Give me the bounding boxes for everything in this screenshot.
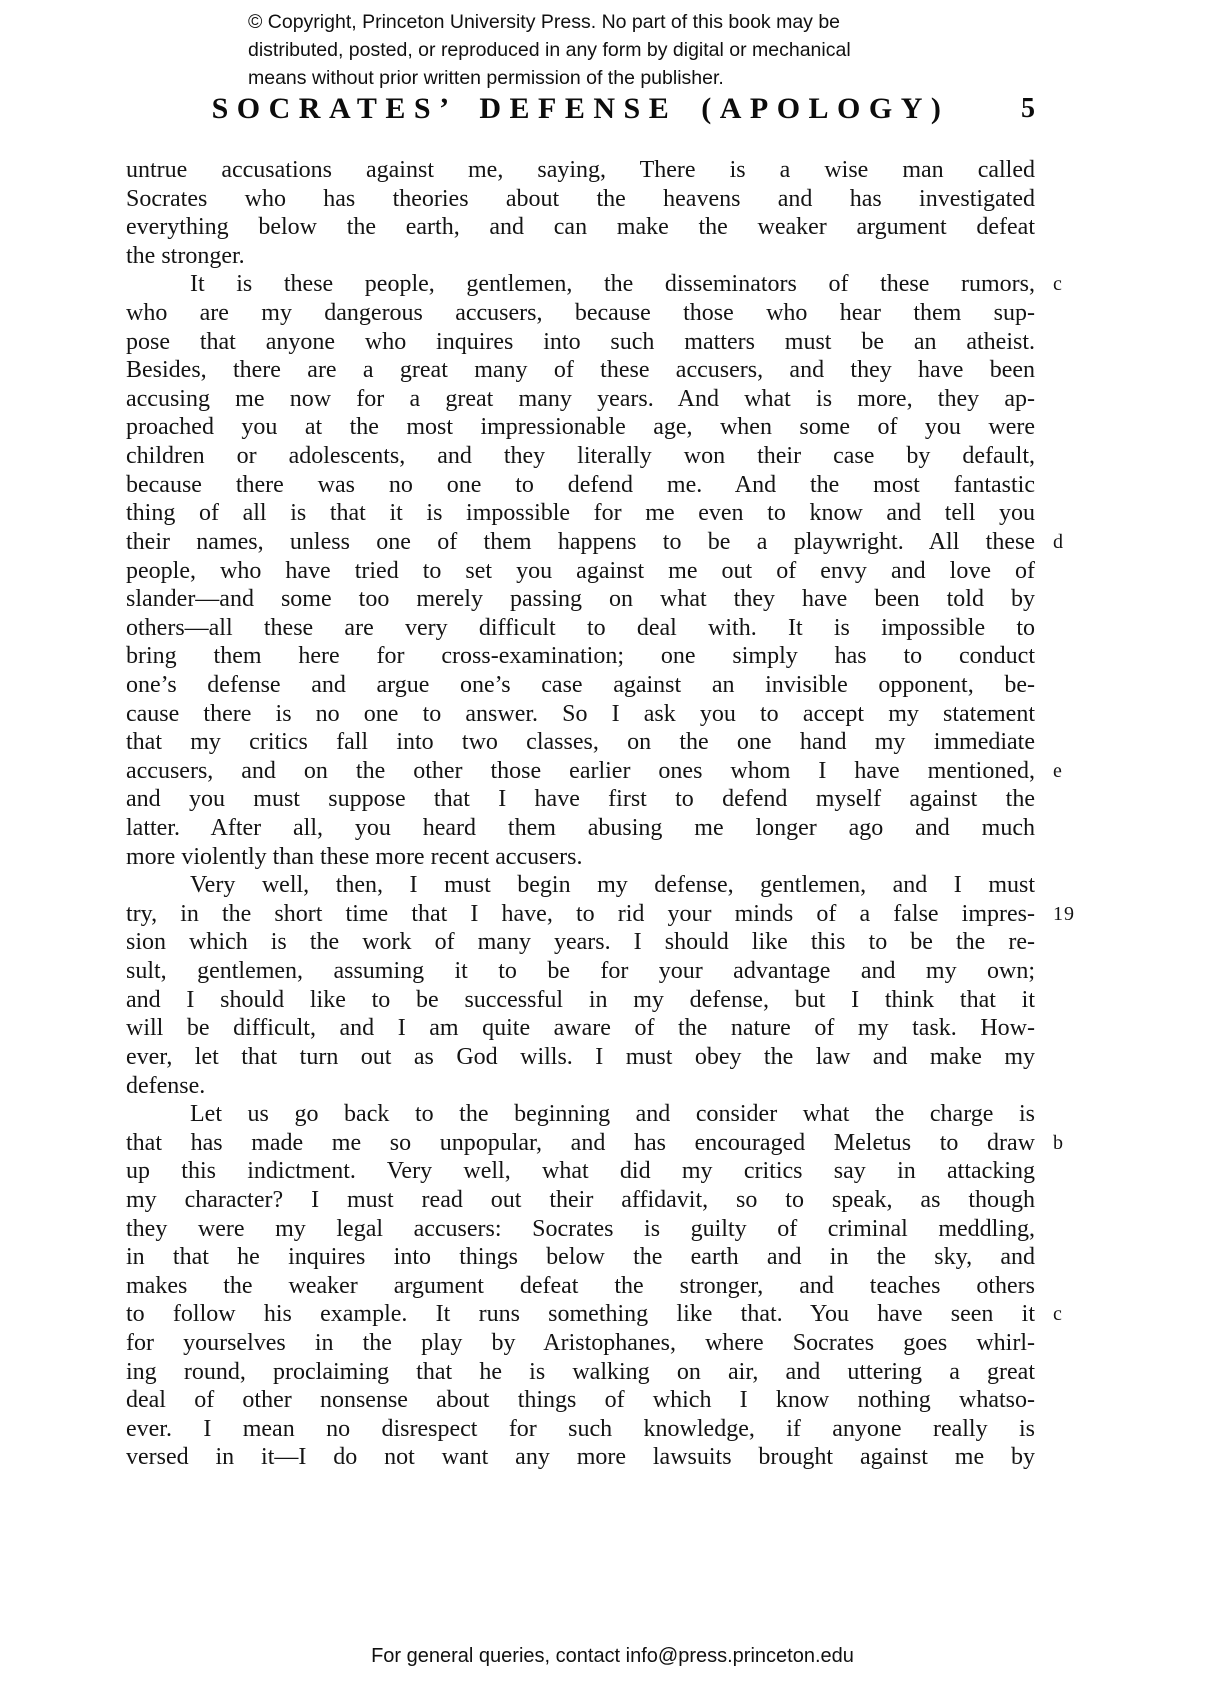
text-line-content: one’s defense and argue one’s case again… [126, 672, 1035, 698]
text-line: ever, let that turn out as God wills. I … [126, 1043, 1035, 1072]
text-line: and I should like to be successful in my… [126, 986, 1035, 1015]
text-line: up this indictment. Very well, what did … [126, 1157, 1035, 1186]
text-line-content: my character? I must read out their affi… [126, 1187, 1035, 1213]
text-line-content: accusers, and on the other those earlier… [126, 758, 1035, 784]
stephanus-margin-note: e [1053, 757, 1123, 786]
text-line: ever. I mean no disrespect for such know… [126, 1415, 1035, 1444]
text-line-content: who are my dangerous accusers, because t… [126, 300, 1035, 326]
text-line: that has made me so unpopular, and has e… [126, 1129, 1035, 1158]
text-line: more violently than these more recent ac… [126, 843, 1035, 872]
text-line: defense. [126, 1072, 1035, 1101]
text-line: versed in it—I do not want any more laws… [126, 1443, 1035, 1472]
text-line-content: Socrates who has theories about the heav… [126, 186, 1035, 212]
footer-contact: For general queries, contact info@press.… [371, 1645, 854, 1667]
stephanus-margin-note: b [1053, 1129, 1123, 1158]
text-line: thing of all is that it is impossible fo… [126, 499, 1035, 528]
text-line: Very well, then, I must begin my defense… [126, 871, 1035, 900]
text-line-content: slander—and some too merely passing on w… [126, 586, 1035, 612]
text-line: to follow his example. It runs something… [126, 1300, 1035, 1329]
text-line-content: they were my legal accusers: Socrates is… [126, 1216, 1035, 1242]
text-line-content: people, who have tried to set you agains… [126, 558, 1035, 584]
text-line: who are my dangerous accusers, because t… [126, 299, 1035, 328]
text-line-content: that has made me so unpopular, and has e… [126, 1130, 1035, 1156]
text-line-content: untrue accusations against me, saying, T… [126, 157, 1035, 183]
text-line-content: that my critics fall into two classes, o… [126, 729, 1035, 755]
text-line-content: accusing me now for a great many years. … [126, 386, 1035, 412]
text-line: that my critics fall into two classes, o… [126, 728, 1035, 757]
text-line: for yourselves in the play by Aristophan… [126, 1329, 1035, 1358]
text-line: because there was no one to defend me. A… [126, 471, 1035, 500]
text-line-content: cause there is no one to answer. So I as… [126, 701, 1035, 727]
text-line: bring them here for cross-examination; o… [126, 642, 1035, 671]
text-line-content: bring them here for cross-examination; o… [126, 643, 1035, 669]
footer: For general queries, contact info@press.… [0, 1645, 1225, 1668]
text-line: slander—and some too merely passing on w… [126, 585, 1035, 614]
text-line: my character? I must read out their affi… [126, 1186, 1035, 1215]
text-line: they were my legal accusers: Socrates is… [126, 1215, 1035, 1244]
stephanus-margin-note: c [1053, 270, 1123, 299]
body-text: untrue accusations against me, saying, T… [126, 156, 1035, 1472]
stephanus-margin-note: c [1053, 1300, 1123, 1329]
copyright-notice: © Copyright, Princeton University Press.… [248, 8, 948, 92]
text-line: their names, unless one of them happens … [126, 528, 1035, 557]
running-head: SOCRATES’ DEFENSE (APOLOGY) 5 [126, 92, 1035, 132]
text-line-content: sult, gentlemen, assuming it to be for y… [126, 958, 1035, 984]
text-line-content: It is these people, gentlemen, the disse… [126, 271, 1035, 297]
text-line: proached you at the most impressionable … [126, 413, 1035, 442]
text-line: and you must suppose that I have first t… [126, 785, 1035, 814]
text-line: makes the weaker argument defeat the str… [126, 1272, 1035, 1301]
text-line: ing round, proclaiming that he is walkin… [126, 1358, 1035, 1387]
stephanus-margin-note: 19 [1053, 900, 1123, 929]
text-line-content: ever, let that turn out as God wills. I … [126, 1044, 1035, 1070]
text-line-content: because there was no one to defend me. A… [126, 472, 1035, 498]
text-line-content: defense. [126, 1073, 205, 1099]
text-line: It is these people, gentlemen, the disse… [126, 270, 1035, 299]
text-line-content: ever. I mean no disrespect for such know… [126, 1416, 1035, 1442]
text-line-content: deal of other nonsense about things of w… [126, 1387, 1035, 1413]
text-line: try, in the short time that I have, to r… [126, 900, 1035, 929]
text-line: everything below the earth, and can make… [126, 213, 1035, 242]
text-line: children or adolescents, and they litera… [126, 442, 1035, 471]
text-line-content: children or adolescents, and they litera… [126, 443, 1035, 469]
text-line: accusing me now for a great many years. … [126, 385, 1035, 414]
text-line-content: Besides, there are a great many of these… [126, 357, 1035, 383]
text-line-content: try, in the short time that I have, to r… [126, 901, 1035, 927]
text-line-content: more violently than these more recent ac… [126, 844, 582, 870]
text-line: accusers, and on the other those earlier… [126, 757, 1035, 786]
text-line: will be difficult, and I am quite aware … [126, 1014, 1035, 1043]
text-line-content: ing round, proclaiming that he is walkin… [126, 1359, 1035, 1385]
book-page: © Copyright, Princeton University Press.… [0, 0, 1225, 1700]
text-line-content: Let us go back to the beginning and cons… [126, 1101, 1035, 1127]
text-line-content: the stronger. [126, 243, 245, 269]
text-line: one’s defense and argue one’s case again… [126, 671, 1035, 700]
text-line-content: and I should like to be successful in my… [126, 987, 1035, 1013]
text-line-content: in that he inquires into things below th… [126, 1244, 1035, 1270]
page-number: 5 [1021, 93, 1035, 125]
text-line: Socrates who has theories about the heav… [126, 185, 1035, 214]
text-line-content: versed in it—I do not want any more laws… [126, 1444, 1035, 1470]
text-line: people, who have tried to set you agains… [126, 557, 1035, 586]
text-line-content: Very well, then, I must begin my defense… [126, 872, 1035, 898]
text-line-content: latter. After all, you heard them abusin… [126, 815, 1035, 841]
copyright-line: means without prior written permission o… [248, 64, 948, 92]
text-line-content: everything below the earth, and can make… [126, 214, 1035, 240]
text-line-content: their names, unless one of them happens … [126, 529, 1035, 555]
copyright-line: distributed, posted, or reproduced in an… [248, 36, 948, 64]
copyright-line: © Copyright, Princeton University Press.… [248, 8, 948, 36]
text-line: sion which is the work of many years. I … [126, 928, 1035, 957]
text-line-content: up this indictment. Very well, what did … [126, 1158, 1035, 1184]
text-line: the stronger. [126, 242, 1035, 271]
text-line: pose that anyone who inquires into such … [126, 328, 1035, 357]
text-line: others—all these are very difficult to d… [126, 614, 1035, 643]
text-line-content: others—all these are very difficult to d… [126, 615, 1035, 641]
text-line: deal of other nonsense about things of w… [126, 1386, 1035, 1415]
text-line: in that he inquires into things below th… [126, 1243, 1035, 1272]
text-line: Besides, there are a great many of these… [126, 356, 1035, 385]
text-line-content: for yourselves in the play by Aristophan… [126, 1330, 1035, 1356]
text-line-content: thing of all is that it is impossible fo… [126, 500, 1035, 526]
text-line: latter. After all, you heard them abusin… [126, 814, 1035, 843]
text-line-content: makes the weaker argument defeat the str… [126, 1273, 1035, 1299]
text-line-content: will be difficult, and I am quite aware … [126, 1015, 1035, 1041]
text-line: untrue accusations against me, saying, T… [126, 156, 1035, 185]
text-line: Let us go back to the beginning and cons… [126, 1100, 1035, 1129]
text-line: sult, gentlemen, assuming it to be for y… [126, 957, 1035, 986]
stephanus-margin-note: d [1053, 528, 1123, 557]
text-line-content: and you must suppose that I have first t… [126, 786, 1035, 812]
text-line-content: sion which is the work of many years. I … [126, 929, 1035, 955]
page-title: SOCRATES’ DEFENSE (APOLOGY) [126, 92, 1035, 126]
text-line: cause there is no one to answer. So I as… [126, 700, 1035, 729]
text-line-content: pose that anyone who inquires into such … [126, 329, 1035, 355]
text-line-content: proached you at the most impressionable … [126, 414, 1035, 440]
text-line-content: to follow his example. It runs something… [126, 1301, 1035, 1327]
